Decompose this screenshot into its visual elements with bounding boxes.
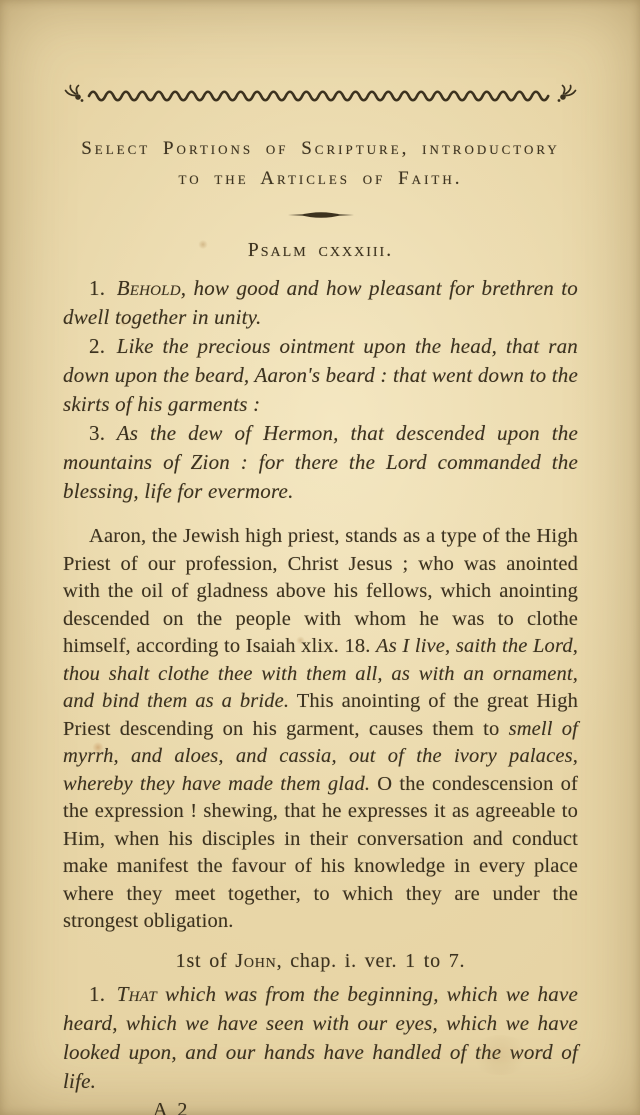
john-heading-pre: 1st of bbox=[176, 950, 236, 972]
john-heading-book: John bbox=[235, 950, 276, 972]
verse-number: 1. bbox=[89, 982, 105, 1006]
section-title: Select Portions of Scripture, introducto… bbox=[63, 134, 578, 194]
section-title-line2: to the Articles of Faith. bbox=[63, 164, 578, 194]
john-heading-post: , chap. i. ver. 1 to 7. bbox=[277, 950, 466, 972]
john-heading: 1st of John, chap. i. ver. 1 to 7. bbox=[63, 950, 578, 973]
commentary-paragraph: Aaron, the Jewish high priest, stands as… bbox=[63, 523, 578, 936]
verse-number: 2. bbox=[89, 334, 105, 358]
verse-text: Like the precious ointment upon the head… bbox=[63, 334, 578, 416]
psalm-verse-1: 1.Behold, how good and how pleasant for … bbox=[63, 274, 578, 332]
verse-lead-word: Behold, bbox=[117, 276, 186, 300]
verse-number: 1. bbox=[89, 276, 105, 300]
psalm-verse-3: 3.As the dew of Hermon, that descended u… bbox=[63, 419, 578, 506]
psalm-heading: Psalm cxxxiii. bbox=[63, 240, 578, 262]
john-verse-1: 1.That which was from the beginning, whi… bbox=[63, 980, 578, 1096]
verse-number: 3. bbox=[89, 421, 105, 445]
swelled-rule-divider bbox=[288, 210, 354, 220]
book-page: Select Portions of Scripture, introducto… bbox=[0, 0, 640, 1115]
signature-mark: A 2 bbox=[153, 1099, 578, 1115]
verse-lead-word: That bbox=[117, 982, 157, 1006]
psalm-verse-2: 2.Like the precious ointment upon the he… bbox=[63, 332, 578, 419]
fleuron-icon-right bbox=[558, 86, 576, 102]
fleuron-icon-left bbox=[66, 86, 84, 102]
verse-text: As the dew of Hermon, that descended upo… bbox=[63, 421, 578, 503]
commentary-segment: O the condescension of the expression ! … bbox=[63, 773, 578, 933]
section-title-line1: Select Portions of Scripture, introducto… bbox=[63, 134, 578, 164]
ornamental-wavy-rule bbox=[63, 84, 578, 106]
